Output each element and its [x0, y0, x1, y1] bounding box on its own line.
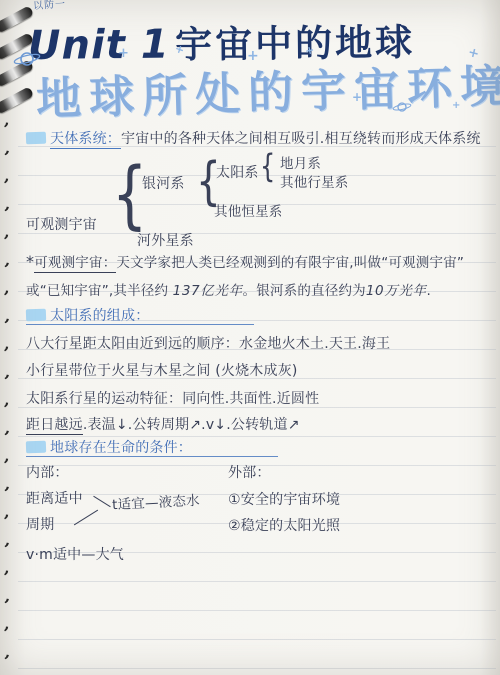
celestial-definition: 宇宙中的各种天体之间相互吸引.相互绕转而形成天体系统	[121, 131, 481, 147]
spiral-hole-mark: ’	[2, 626, 9, 643]
distance-rest: .表温↓.公转周期↗.v↓.公转轨道↗	[83, 417, 300, 433]
external-label: 外部：	[228, 462, 271, 482]
spiral-hole-mark: ’	[2, 262, 11, 280]
note-text: 或“已知宇宙”,其半径约	[26, 283, 173, 299]
highlight-chip	[26, 309, 46, 322]
celestial-system-line: 天体系统：宇宙中的各种天体之间相互吸引.相互绕转而形成天体系统	[26, 128, 481, 148]
spiral-hole-mark: ’	[2, 402, 9, 419]
tree-solar: 太阳系	[216, 162, 259, 182]
solar-system-heading: 太阳系的组成：	[26, 305, 149, 325]
spiral-hole-mark: ’	[2, 290, 9, 307]
brace-inner: {	[260, 150, 275, 182]
heading-underline	[26, 456, 278, 457]
planets-order-line: 八大行星距太阳由近到远的顺序：水金地火木土.天王.海王	[26, 333, 390, 353]
tree-extragalactic: 河外星系	[137, 230, 194, 250]
spiral-hole-mark: ’	[2, 654, 11, 672]
spiral-hole-mark: ’	[2, 150, 11, 168]
spiral-hole-mark: ’	[2, 598, 11, 616]
galaxy-diameter-value: 10万光年	[366, 283, 427, 299]
spiral-hole-mark: ’	[2, 430, 11, 448]
life-distance: 距离适中	[26, 488, 83, 508]
life-heading-text: 地球存在生命的条件：	[50, 440, 192, 456]
tree-galaxy: 银河系	[142, 173, 185, 193]
celestial-term: 天体系统：	[50, 131, 121, 149]
saturn-doodle-icon	[12, 48, 42, 70]
observable-note-line1: *可观测宇宙：天文学家把人类已经观测到的有限宇宙,叫做“可观测宇宙”	[26, 251, 464, 271]
brace-outer: {	[112, 158, 147, 232]
tree-root: 可观测宇宙	[26, 214, 97, 234]
spiral-hole-mark: ’	[2, 458, 9, 475]
note-text: 。银河系的直径约为	[243, 283, 366, 299]
spiral-coil-icon	[0, 86, 34, 114]
spiral-hole-mark: ’	[2, 178, 9, 195]
page-subtitle: 地球所处的宇宙环境	[35, 49, 500, 127]
life-period: 周期	[26, 514, 54, 534]
highlight-chip	[26, 132, 46, 145]
spiral-hole-mark: ’	[2, 486, 11, 504]
corner-note: 以防一	[33, 0, 67, 12]
sparkle-icon: +	[247, 48, 259, 64]
distance-prefix: 距日越远	[26, 417, 83, 435]
spiral-hole-mark: ’	[2, 542, 11, 560]
sparkle-icon: +	[118, 46, 129, 61]
solar-heading-text: 太阳系的组成：	[50, 308, 149, 324]
note-text: .	[427, 283, 432, 299]
universe-radius-value: 137亿光年	[173, 283, 243, 299]
spiral-hole-mark: ’	[2, 122, 9, 139]
motion-features-line: 太阳系行星的运动特征：同向性.共面性.近圆性	[26, 388, 319, 408]
spiral-hole-mark: ’	[2, 570, 9, 587]
planet-doodle-icon	[392, 100, 412, 114]
notebook-page: ’’’’’’’’’’’’’’’’’’’’ 以防一 Unit 1 宇宙中的地球 地…	[0, 0, 500, 675]
observable-definition: 天文学家把人类已经观测到的有限宇宙,叫做“可观测宇宙”	[116, 255, 464, 271]
note-marker: *	[26, 252, 34, 271]
spiral-hole-mark: ’	[2, 514, 9, 531]
sparkle-icon: +	[452, 100, 460, 111]
spiral-hole-mark: ’	[2, 206, 11, 224]
spiral-hole-mark: ’	[2, 374, 11, 392]
tree-earth-moon: 地月系	[280, 152, 321, 172]
external-condition-2: ②稳定的太阳光照	[228, 515, 340, 535]
heading-underline	[26, 324, 254, 325]
observable-term: 可观测宇宙：	[34, 255, 116, 273]
asteroid-belt-line: 小行星带位于火星与木星之间 (火烧木成灰)	[26, 360, 298, 380]
tree-other-planets: 其他行星系	[280, 171, 349, 191]
spiral-hole-mark: ’	[2, 346, 9, 363]
observable-note-line2: 或“已知宇宙”,其半径约 137亿光年。银河系的直径约为10万光年.	[26, 279, 431, 299]
distance-effects-line: 距日越远.表温↓.公转周期↗.v↓.公转轨道↗	[26, 414, 300, 434]
spiral-hole-mark: ’	[2, 318, 11, 336]
life-conditions-heading: 地球存在生命的条件：	[26, 437, 192, 457]
internal-label: 内部：	[26, 462, 69, 482]
spiral-hole-mark: ’	[2, 234, 9, 251]
tree-other-stars: 其他恒星系	[214, 200, 283, 220]
life-volume-mass: v·m适中—大气	[26, 544, 124, 564]
highlight-chip	[26, 441, 46, 454]
external-condition-1: ①安全的宇宙环境	[228, 489, 340, 509]
sparkle-icon: +	[352, 90, 362, 104]
